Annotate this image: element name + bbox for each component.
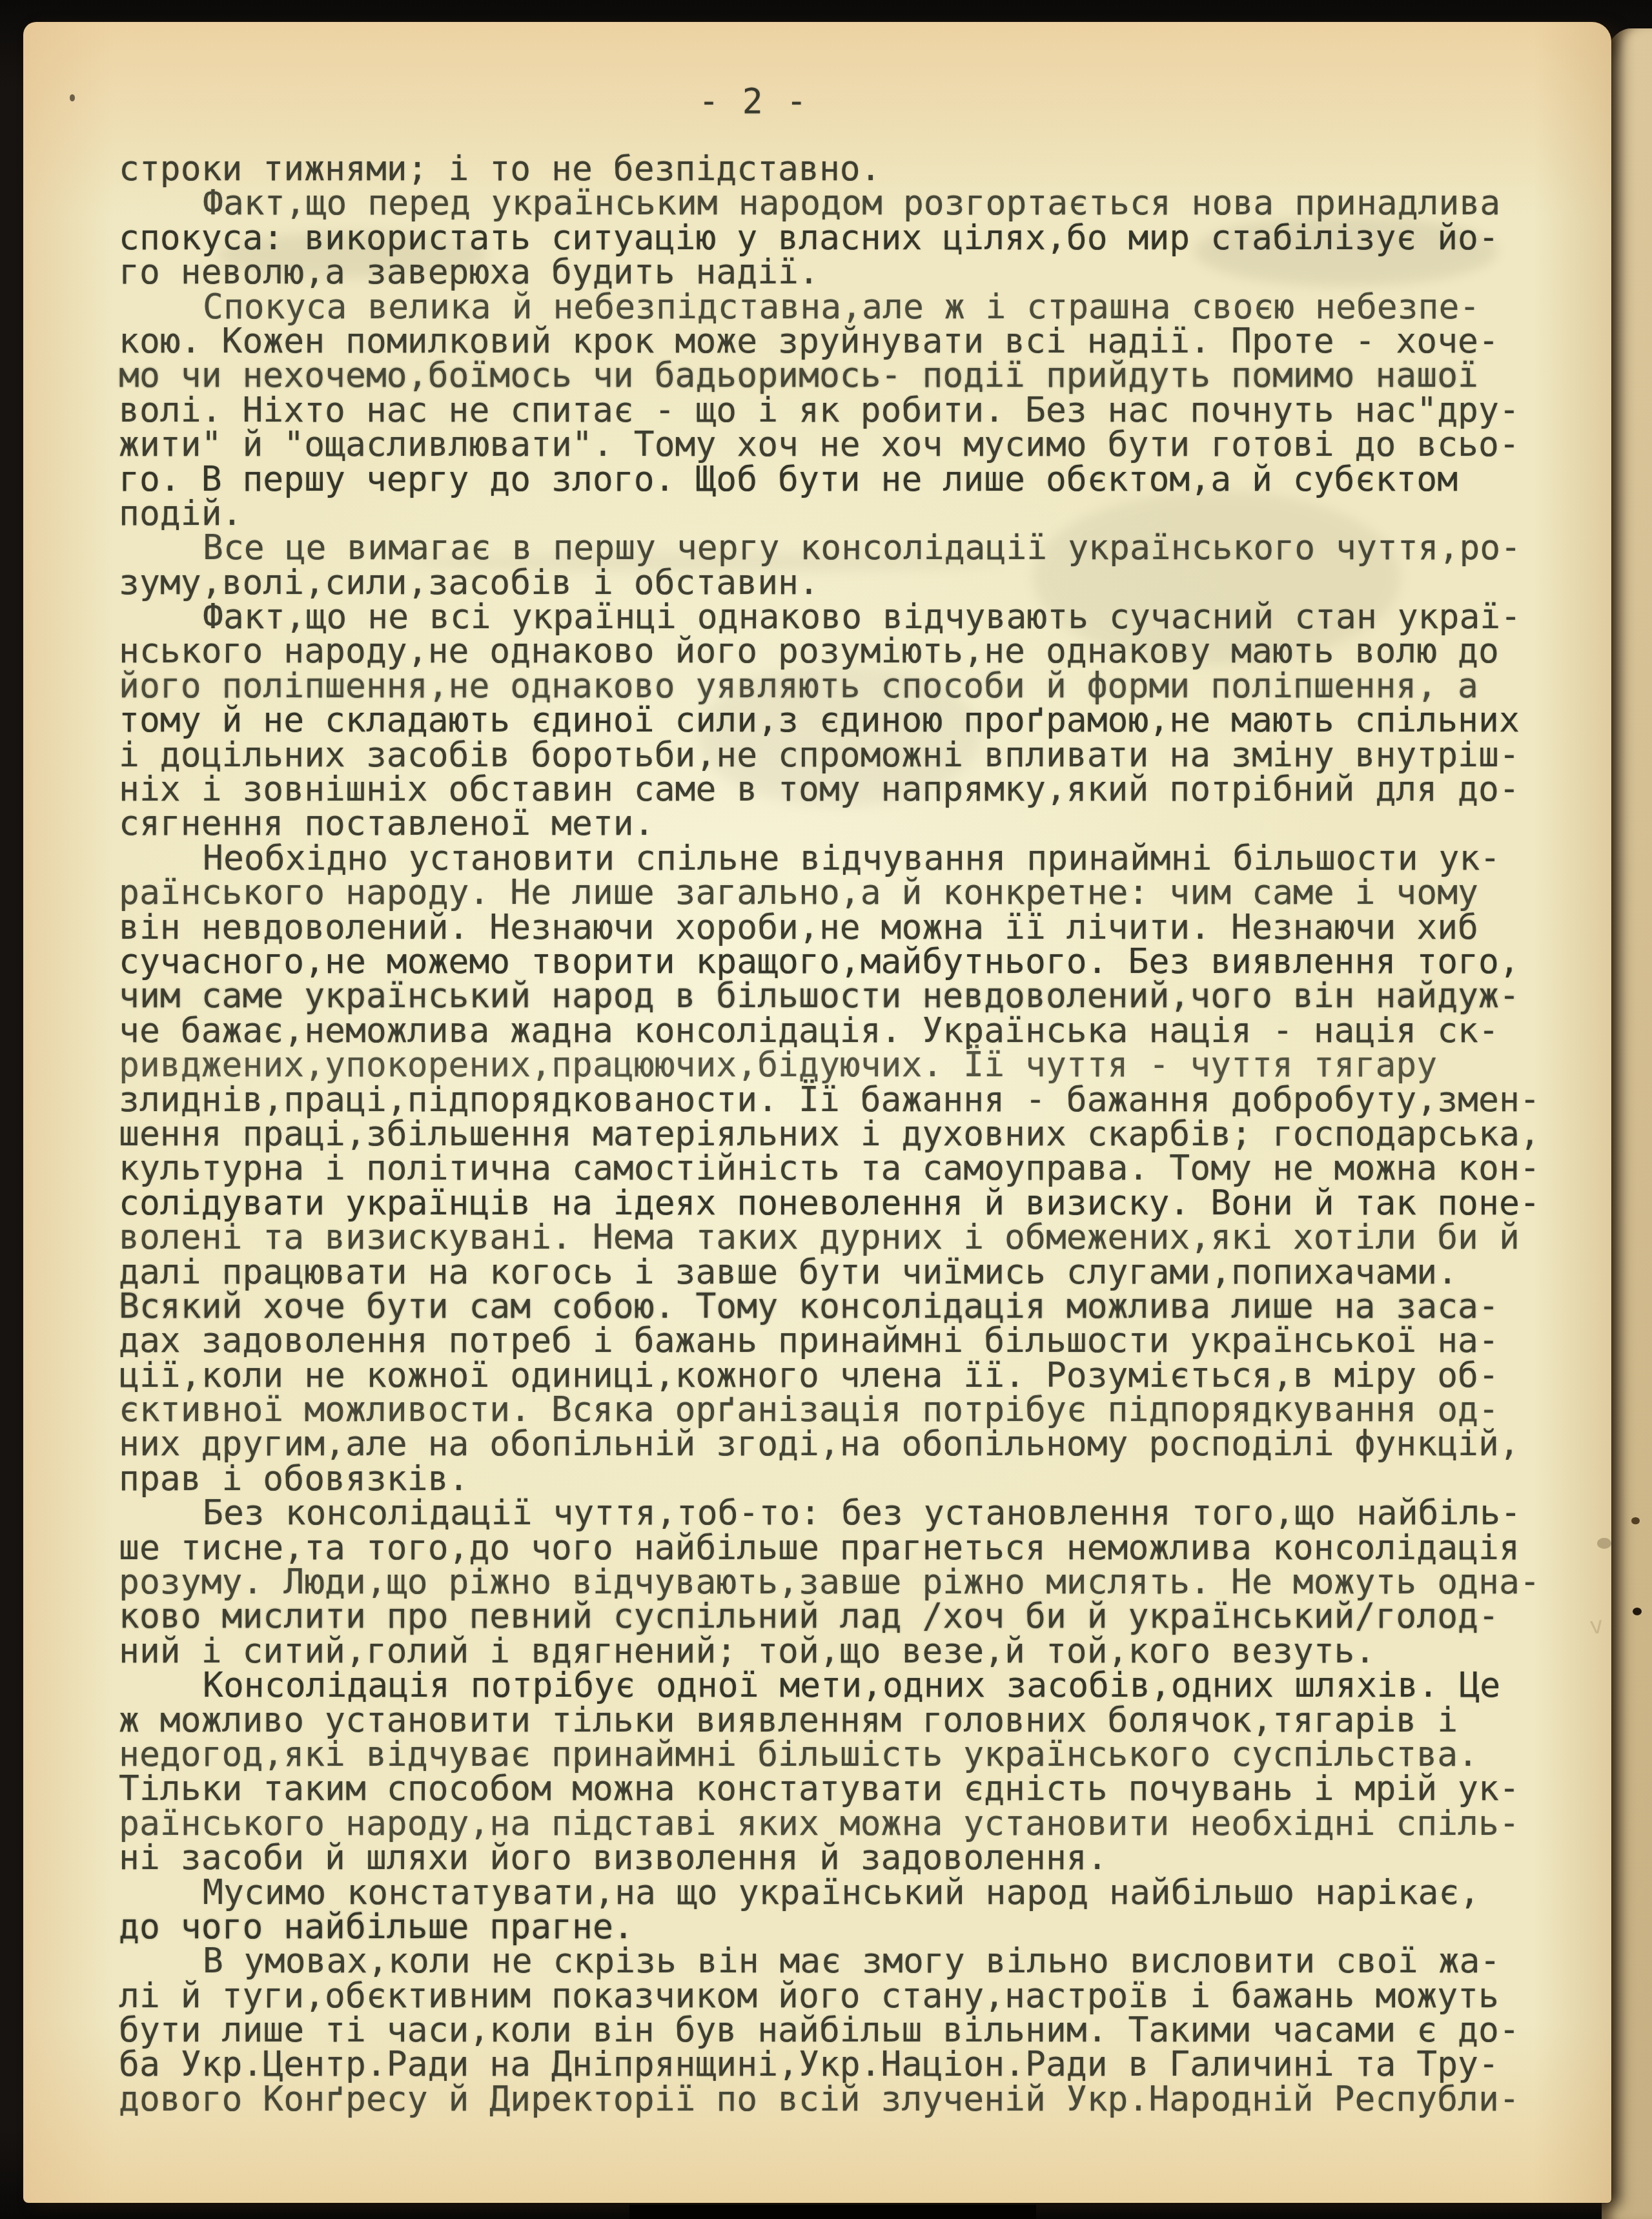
- text-line: волі. Ніхто нас не спитає - що і як роби…: [119, 393, 1578, 427]
- text-line: злиднів,праці,підпорядкованости. Її бажа…: [119, 1083, 1578, 1117]
- text-line: дового Конґресу й Директорії по всій злу…: [119, 2082, 1578, 2116]
- edge-dot-mark: [1631, 1517, 1640, 1524]
- text-line: спокуса: використать ситуацію у власних …: [119, 221, 1578, 255]
- text-line: солідувати українців на ідеях поневоленн…: [119, 1186, 1578, 1220]
- text-line: го неволю,а заверюха будить надії.: [119, 255, 1578, 289]
- text-line: Все це вимагає в першу чергу консолідаці…: [119, 531, 1578, 565]
- text-line: недогод,які відчуває принаймні більшість…: [119, 1737, 1578, 1772]
- text-line: ції,коли не кожної одиниці,кожного члена…: [119, 1358, 1578, 1393]
- text-line: культурна і політична самостійність та с…: [119, 1151, 1578, 1185]
- text-line: раїнського народу,на підставі яких можна…: [119, 1806, 1578, 1841]
- text-line: Без консолідації чуття,тоб-то: без устан…: [119, 1496, 1578, 1530]
- edge-blob-mark: [1597, 1538, 1611, 1549]
- text-line: Всякий хоче бути сам собою. Тому консолі…: [119, 1289, 1578, 1324]
- text-line: єктивної можливости. Всяка орґанізація п…: [119, 1393, 1578, 1427]
- text-line: Необхідно установити спільне відчування …: [119, 841, 1578, 875]
- text-line: Факт,що перед українським народом розгор…: [119, 186, 1578, 220]
- text-line: ково мислити про певний суспільний лад /…: [119, 1599, 1578, 1633]
- text-lines: строки тижнями; і то не безпідставно.Фак…: [119, 152, 1578, 2116]
- text-line: шення праці,збільшення матеріяльних і ду…: [119, 1117, 1578, 1151]
- text-line: мо чи нехочемо,боїмось чи бадьоримось- п…: [119, 358, 1578, 393]
- text-line: і доцільних засобів боротьби,не спроможн…: [119, 738, 1578, 772]
- page-number: - 2 -: [699, 84, 808, 120]
- edge-dot-mark: [1633, 1608, 1642, 1615]
- text-line: жити" й "ощасливлювати". Тому хоч не хоч…: [119, 427, 1578, 462]
- text-line: сучасного,не можемо творити кращого,майб…: [119, 945, 1578, 979]
- paper-speck: [70, 94, 75, 101]
- text-line: сягнення поставленої мети.: [119, 806, 1578, 841]
- text-line: зуму,волі,сили,засобів і обставин.: [119, 566, 1578, 600]
- text-line: ба Укр.Центр.Ради на Дніпрянщині,Укр.Нац…: [119, 2047, 1578, 2081]
- text-line: до чого найбільше прагне.: [119, 1910, 1578, 1944]
- text-line: ні засоби й шляхи його визволення й задо…: [119, 1841, 1578, 1875]
- text-line: Консолідація потрібує одної мети,одних з…: [119, 1668, 1578, 1703]
- text-line: бути лише ті часи,коли він був найбільш …: [119, 2013, 1578, 2047]
- text-line: ний і ситий,голий і вдягнений; той,що ве…: [119, 1634, 1578, 1668]
- text-line: че бажає,неможлива жадна консолідація. У…: [119, 1014, 1578, 1048]
- text-line: дах задоволення потреб і бажань принаймн…: [119, 1324, 1578, 1358]
- photo-bottom-black-bar: [629, 2205, 1036, 2219]
- text-line: тому й не складають єдиної сили,з єдиною…: [119, 703, 1578, 737]
- text-line: чим саме український народ в більшости н…: [119, 979, 1578, 1013]
- text-line: го. В першу чергу до злого. Щоб бути не …: [119, 462, 1578, 496]
- text-line: них другим,але на обопільній згоді,на об…: [119, 1427, 1578, 1461]
- text-line: розуму. Люди,що ріжно відчувають,завше р…: [119, 1565, 1578, 1599]
- document-page: - 2 - строки тижнями; і то не безпідстав…: [23, 22, 1611, 2203]
- text-line: волені та визискувані. Нема таких дурних…: [119, 1220, 1578, 1254]
- text-line: ніх і зовнішніх обставин саме в тому нап…: [119, 772, 1578, 806]
- text-line: Факт,що не всі українці однаково відчува…: [119, 600, 1578, 634]
- text-line: Спокуса велика й небезпідставна,але ж і …: [119, 290, 1578, 324]
- text-line: В умовах,коли не скрізь він має змогу ві…: [119, 1944, 1578, 1978]
- edge-checkmark: v: [1588, 1612, 1605, 1640]
- text-line: ше тисне,та того,до чого найбільше прагн…: [119, 1531, 1578, 1565]
- text-line: далі працювати на когось і завше бути чи…: [119, 1255, 1578, 1289]
- text-line: ривджених,упокорених,працюючих,бідуючих.…: [119, 1048, 1578, 1082]
- text-line: лі й туги,обєктивним показчиком його ста…: [119, 1979, 1578, 2013]
- text-line: він невдоволений. Незнаючи хороби,не мож…: [119, 910, 1578, 945]
- text-line: його поліпшення,не однаково уявляють спо…: [119, 669, 1578, 703]
- text-line: Тільки таким способом можна констатувати…: [119, 1772, 1578, 1806]
- text-line: строки тижнями; і то не безпідставно.: [119, 152, 1578, 186]
- photo-background: - 2 - строки тижнями; і то не безпідстав…: [0, 0, 1652, 2219]
- text-line: прав і обовязків.: [119, 1462, 1578, 1496]
- text-line: кою. Кожен помилковий крок може зруйнува…: [119, 324, 1578, 358]
- text-line: раїнського народу. Не лише загально,а й …: [119, 875, 1578, 910]
- text-line: подій.: [119, 496, 1578, 531]
- text-line: ж можливо установити тільки виявленням г…: [119, 1703, 1578, 1737]
- text-line: нського народу,не однаково його розуміют…: [119, 634, 1578, 668]
- text-line: Мусимо констатувати,на що український на…: [119, 1876, 1578, 1910]
